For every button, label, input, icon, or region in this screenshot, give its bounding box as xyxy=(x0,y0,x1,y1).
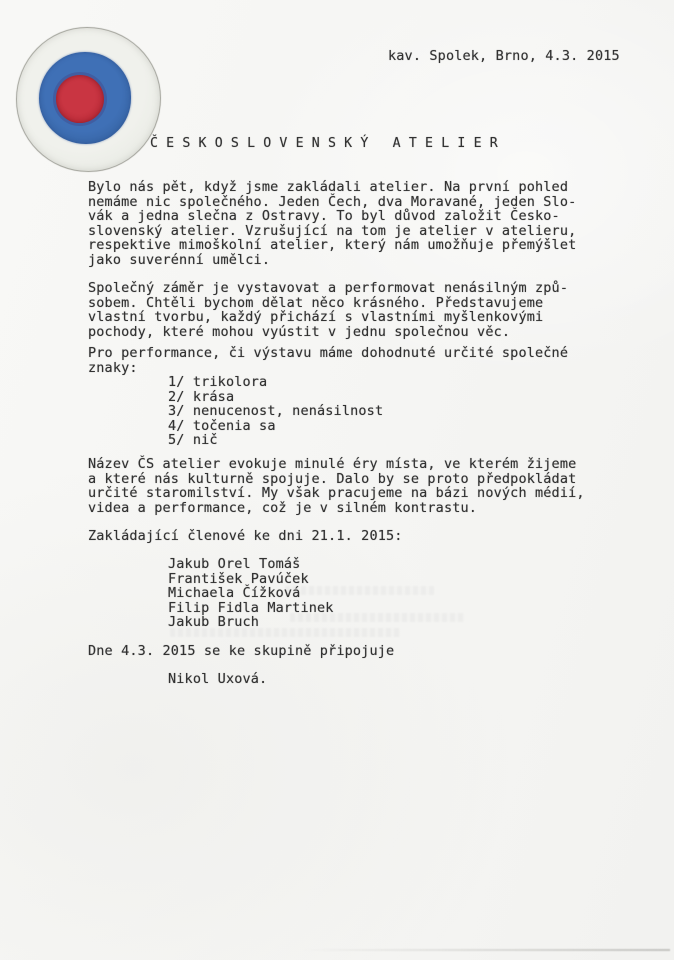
erased-text-smudge xyxy=(290,613,465,622)
date-place-header: kav. Spolek, Brno, 4.3. 2015 xyxy=(388,49,620,64)
paragraph-line: Společný záměr je vystavovat a performov… xyxy=(88,281,568,296)
paragraph-line: a které nás kulturně spojuje. Dalo by se… xyxy=(88,472,585,487)
shared-signs-list: 1/ trikolora2/ krása3/ nenucenost, nenás… xyxy=(168,375,383,448)
scanned-typewritten-letter: { "document": { "date_header": "kav. Spo… xyxy=(0,0,674,960)
intent-paragraph: Společný záměr je vystavovat a performov… xyxy=(88,281,568,339)
paragraph-line: videa a performance, což je v silném kon… xyxy=(88,501,585,516)
joining-date-line: Dne 4.3. 2015 se ke skupině připojuje xyxy=(88,644,394,659)
erased-text-smudge xyxy=(170,628,400,637)
list-item: 1/ trikolora xyxy=(168,375,383,390)
paragraph-line: nemáme nic společného. Jeden Čech, dva M… xyxy=(88,195,576,210)
paragraph-line: vák a jedna slečna z Ostravy. To byl dův… xyxy=(88,209,576,224)
paragraph-line: znaky: xyxy=(88,361,568,376)
list-item: 5/ nič xyxy=(168,433,383,448)
erased-text-smudge xyxy=(285,586,435,595)
document-title: Č E S K O S L O V E N S K Ý A T E L I E … xyxy=(150,137,498,152)
name-meaning-paragraph: Název ČS atelier evokuje minulé éry míst… xyxy=(88,457,585,515)
paragraph-line: pochody, které mohou vyústit v jednu spo… xyxy=(88,325,568,340)
list-item: 3/ nenucenost, nenásilnost xyxy=(168,404,383,419)
tricolor-roundel-logo xyxy=(16,27,159,170)
paragraph-line: sobem. Chtěli bychom dělat něco krásného… xyxy=(88,296,568,311)
member-name: František Pavúček xyxy=(168,572,334,587)
signs-intro-paragraph: Pro performance, či výstavu máme dohodnu… xyxy=(88,346,568,375)
paragraph-line: Bylo nás pět, když jsme zakládali atelie… xyxy=(88,180,576,195)
paragraph-line: Název ČS atelier evokuje minulé éry míst… xyxy=(88,457,585,472)
member-name: Jakub Orel Tomáš xyxy=(168,557,334,572)
scan-page-edge-shadow xyxy=(303,949,670,951)
paragraph-line: vlastní tvorbu, každý přichází s vlastní… xyxy=(88,310,568,325)
paragraph-line: respektive mimoškolní atelier, který nám… xyxy=(88,238,576,253)
intro-paragraph: Bylo nás pět, když jsme zakládali atelie… xyxy=(88,180,576,267)
list-item: 2/ krása xyxy=(168,390,383,405)
paragraph-line: určité staromilství. My však pracujeme n… xyxy=(88,486,585,501)
paragraph-line: jako suverénní umělci. xyxy=(88,253,576,268)
paragraph-line: slovenský atelier. Vzrušující na tom je … xyxy=(88,224,576,239)
founding-members-heading: Zakládající členové ke dni 21.1. 2015: xyxy=(88,529,403,544)
roundel-red-center xyxy=(56,75,104,123)
joining-member-name: Nikol Uxová. xyxy=(168,672,267,687)
list-item: 4/ točenia sa xyxy=(168,419,383,434)
paragraph-line: Pro performance, či výstavu máme dohodnu… xyxy=(88,346,568,361)
